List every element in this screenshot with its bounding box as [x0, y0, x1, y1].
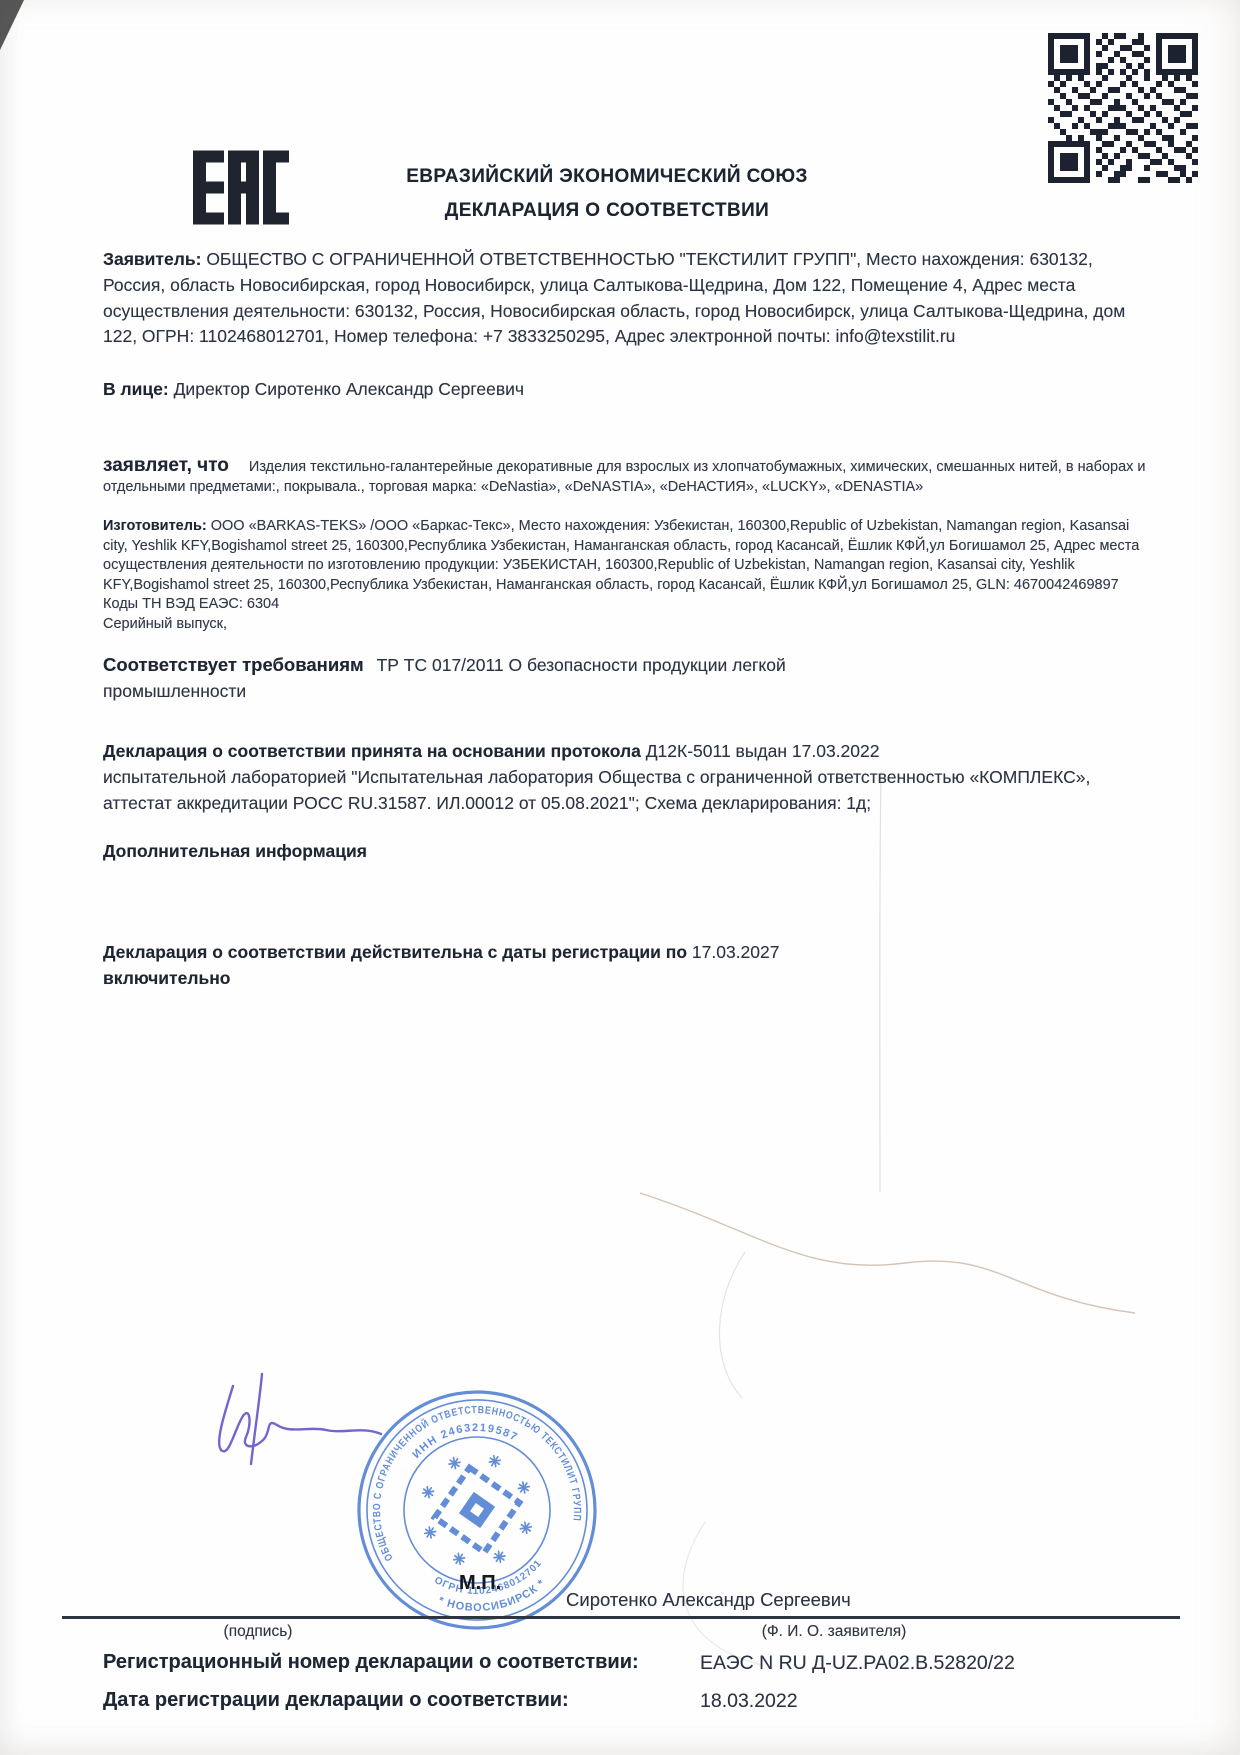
- basis-block: Декларация о соответствии принята на осн…: [103, 739, 1145, 816]
- declares-label: заявляет, что: [103, 455, 229, 476]
- in-person-label: В лице:: [103, 379, 169, 399]
- basis-lab-text: испытательной лабораторией "Испытательна…: [103, 765, 1145, 817]
- mp-label: М.П.: [459, 1572, 501, 1595]
- registration-date-label: Дата регистрации декларации о соответств…: [103, 1689, 569, 1712]
- additional-info-label: Дополнительная информация: [103, 839, 367, 865]
- registration-number-value: ЕАЭС N RU Д-UZ.РА02.В.52820/22: [700, 1652, 1015, 1675]
- qr-code: [1048, 33, 1198, 183]
- declares-text: Изделия текстильно-галантерейные декорат…: [103, 459, 1146, 495]
- conforms-paragraph: Соответствует требованиям ТР ТС 017/2011…: [103, 652, 903, 705]
- serial-release-line: Серийный выпуск,: [103, 615, 1151, 635]
- registration-number-label: Регистрационный номер декларации о соотв…: [103, 1651, 639, 1674]
- applicant-paragraph: Заявитель: ОБЩЕСТВО С ОГРАНИЧЕННОЙ ОТВЕТ…: [103, 247, 1151, 350]
- applicant-name: Сиротенко Александр Сергеевич: [566, 1589, 851, 1611]
- in-person-text: Директор Сиротенко Александр Сергеевич: [174, 379, 524, 399]
- applicant-label: Заявитель:: [103, 249, 201, 269]
- conforms-label: Соответствует требованиям: [103, 654, 364, 675]
- basis-protocol: Д12К-5011 выдан 17.03.2022: [646, 741, 880, 761]
- declares-paragraph: заявляет, что Изделия текстильно-галанте…: [103, 456, 1148, 498]
- signature-caption: (подпись): [193, 1623, 323, 1641]
- union-header: ЕВРАЗИЙСКИЙ ЭКОНОМИЧЕСКИЙ СОЮЗ: [200, 166, 1014, 188]
- manufacturer-block: Изготовитель: ООО «BARKAS-TEKS» /ООО «Ба…: [103, 517, 1151, 635]
- name-caption: (Ф. И. О. заявителя): [734, 1623, 934, 1641]
- basis-label: Декларация о соответствии принята на осн…: [103, 741, 641, 761]
- page-title: ДЕКЛАРАЦИЯ О СООТВЕТСТВИИ: [200, 200, 1014, 222]
- signature-rule: [62, 1616, 1180, 1619]
- corner-scan-mark: [0, 0, 24, 50]
- validity-paragraph: Декларация о соответствии действительна …: [103, 940, 1151, 992]
- manufacturer-label: Изготовитель:: [103, 518, 207, 534]
- declaration-document: ЕВРАЗИЙСКИЙ ЭКОНОМИЧЕСКИЙ СОЮЗ ДЕКЛАРАЦИ…: [0, 0, 1240, 1755]
- applicant-text: ОБЩЕСТВО С ОГРАНИЧЕННОЙ ОТВЕТСТВЕННОСТЬЮ…: [103, 249, 1125, 346]
- basis-first-line: Декларация о соответствии принята на осн…: [103, 739, 1145, 765]
- validity-label: Декларация о соответствии действительна …: [103, 942, 687, 962]
- handwritten-signature: [205, 1368, 405, 1473]
- manufacturer-paragraph: Изготовитель: ООО «BARKAS-TEKS» /ООО «Ба…: [103, 517, 1151, 595]
- manufacturer-text: ООО «BARKAS-TEKS» /ООО «Баркас-Текс», Ме…: [103, 518, 1139, 593]
- validity-date: 17.03.2027: [692, 942, 780, 962]
- tnved-codes-line: Коды ТН ВЭД ЕАЭС: 6304: [103, 595, 1151, 615]
- registration-date-value: 18.03.2022: [700, 1690, 798, 1713]
- validity-suffix: включительно: [103, 968, 230, 988]
- in-person-line: В лице: Директор Сиротенко Александр Сер…: [103, 377, 1151, 403]
